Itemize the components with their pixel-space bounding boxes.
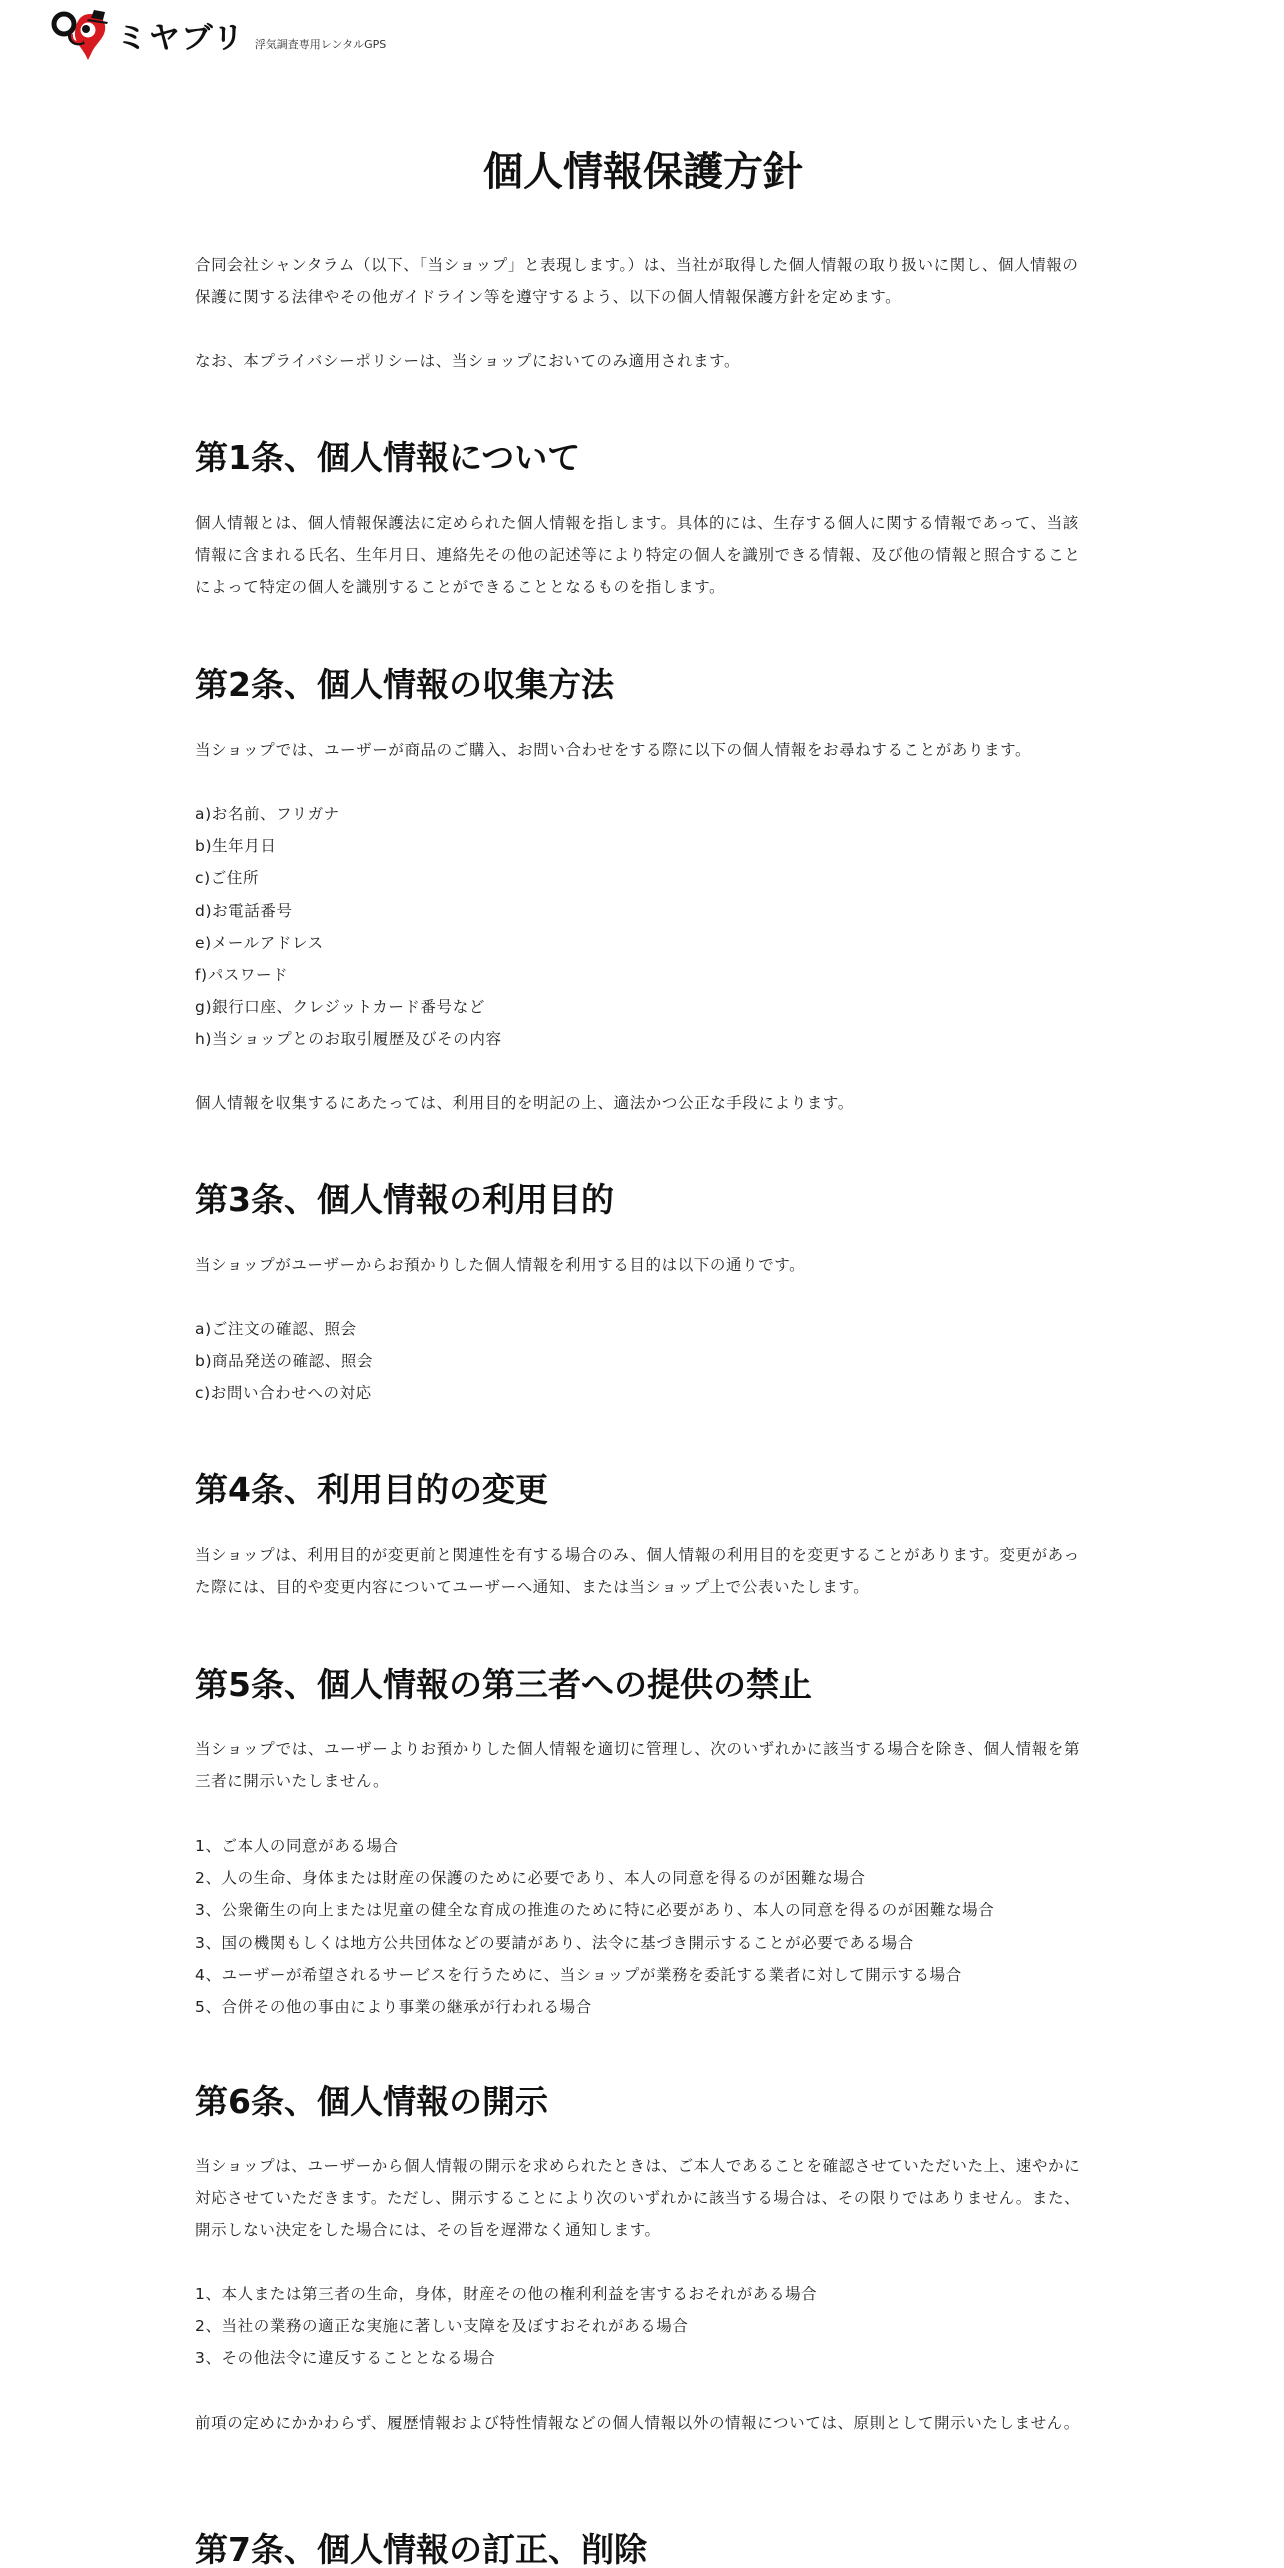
section-heading: 第6条、個人情報の開示 bbox=[195, 2080, 1091, 2124]
section-5: 第5条、個人情報の第三者への提供の禁止 bbox=[195, 1663, 1091, 1707]
section-paragraph: 個人情報を収集するにあたっては、利用目的を明記の上、適法かつ公正な手段によります… bbox=[195, 1087, 1091, 1119]
section-heading: 第7条、個人情報の訂正、削除 bbox=[195, 2528, 1091, 2568]
collected-info-list: a)お名前、フリガナ b)生年月日 c)ご住所 d)お電話番号 e)メールアドレ… bbox=[195, 798, 1091, 1056]
list-item: c)ご住所 bbox=[195, 862, 1091, 894]
list-item: 2、人の生命、身体または財産の保護のために必要であり、本人の同意を得るのが困難な… bbox=[195, 1862, 1091, 1894]
site-header: ミヤブリ 浮気調査専用レンタルGPS bbox=[0, 0, 1284, 70]
intro-paragraph-1-block: 合同会社シャンタラム（以下、「当ショップ」と表現します。）は、当社が取得した個人… bbox=[195, 249, 1091, 313]
logo-detective-pin-icon bbox=[50, 8, 112, 60]
section-1: 第1条、個人情報について bbox=[195, 436, 1091, 480]
section-5-body: 当ショップでは、ユーザーよりお預かりした個人情報を適切に管理し、次のいずれかに該… bbox=[195, 1733, 1091, 1797]
section-heading: 第2条、個人情報の収集方法 bbox=[195, 663, 1091, 707]
section-heading: 第3条、個人情報の利用目的 bbox=[195, 1178, 1091, 1222]
list-item: h)当ショップとのお取引履歴及びその内容 bbox=[195, 1023, 1091, 1055]
intro-paragraph: 合同会社シャンタラム（以下、「当ショップ」と表現します。）は、当社が取得した個人… bbox=[195, 249, 1091, 313]
list-item: 1、ご本人の同意がある場合 bbox=[195, 1830, 1091, 1862]
list-item: c)お問い合わせへの対応 bbox=[195, 1377, 1091, 1409]
purpose-list: a)ご注文の確認、照会 b)商品発送の確認、照会 c)お問い合わせへの対応 bbox=[195, 1313, 1091, 1410]
section-2: 第2条、個人情報の収集方法 bbox=[195, 663, 1091, 707]
section-6: 第6条、個人情報の開示 bbox=[195, 2080, 1091, 2124]
intro-paragraph-2-block: なお、本プライバシーポリシーは、当ショップにおいてのみ適用されます。 bbox=[195, 345, 1091, 377]
section-3-list: a)ご注文の確認、照会 b)商品発送の確認、照会 c)お問い合わせへの対応 bbox=[195, 1313, 1091, 1410]
section-7: 第7条、個人情報の訂正、削除 bbox=[195, 2528, 1091, 2568]
page-title: 個人情報保護方針 bbox=[195, 146, 1091, 198]
section-paragraph: 個人情報とは、個人情報保護法に定められた個人情報を指します。具体的には、生存する… bbox=[195, 507, 1091, 603]
section-heading: 第4条、利用目的の変更 bbox=[195, 1468, 1091, 1512]
section-paragraph: 当ショップは、ユーザーから個人情報の開示を求められたときは、ご本人であることを確… bbox=[195, 2150, 1091, 2246]
list-item: 3、その他法令に違反することとなる場合 bbox=[195, 2342, 1091, 2374]
list-item: 2、当社の業務の適正な実施に著しい支障を及ぼすおそれがある場合 bbox=[195, 2310, 1091, 2342]
section-heading: 第1条、個人情報について bbox=[195, 436, 1091, 480]
section-paragraph: 前項の定めにかかわらず、履歴情報および特性情報などの個人情報以外の情報については… bbox=[195, 2407, 1091, 2439]
section-2-body: 当ショップでは、ユーザーが商品のご購入、お問い合わせをする際に以下の個人情報をお… bbox=[195, 734, 1091, 766]
list-item: d)お電話番号 bbox=[195, 895, 1091, 927]
section-2-after: 個人情報を収集するにあたっては、利用目的を明記の上、適法かつ公正な手段によります… bbox=[195, 1087, 1091, 1119]
list-item: a)お名前、フリガナ bbox=[195, 798, 1091, 830]
third-party-exception-list: 1、ご本人の同意がある場合 2、人の生命、身体または財産の保護のために必要であり… bbox=[195, 1830, 1091, 2023]
section-6-list: 1、本人または第三者の生命，身体，財産その他の権利利益を害するおそれがある場合 … bbox=[195, 2278, 1091, 2375]
list-item: g)銀行口座、クレジットカード番号など bbox=[195, 991, 1091, 1023]
section-3: 第3条、個人情報の利用目的 bbox=[195, 1178, 1091, 1222]
logo-wordmark: ミヤブリ bbox=[116, 24, 245, 54]
list-item: a)ご注文の確認、照会 bbox=[195, 1313, 1091, 1345]
section-paragraph: 当ショップでは、ユーザーよりお預かりした個人情報を適切に管理し、次のいずれかに該… bbox=[195, 1733, 1091, 1797]
disclosure-exception-list: 1、本人または第三者の生命，身体，財産その他の権利利益を害するおそれがある場合 … bbox=[195, 2278, 1091, 2375]
section-paragraph: 当ショップは、利用目的が変更前と関連性を有する場合のみ、個人情報の利用目的を変更… bbox=[195, 1539, 1091, 1603]
section-4: 第4条、利用目的の変更 bbox=[195, 1468, 1091, 1512]
logo-link[interactable]: ミヤブリ 浮気調査専用レンタルGPS bbox=[50, 8, 386, 60]
section-paragraph: 当ショップでは、ユーザーが商品のご購入、お問い合わせをする際に以下の個人情報をお… bbox=[195, 734, 1091, 766]
section-paragraph: 当ショップがユーザーからお預かりした個人情報を利用する目的は以下の通りです。 bbox=[195, 1249, 1091, 1281]
list-item: e)メールアドレス bbox=[195, 927, 1091, 959]
list-item: b)生年月日 bbox=[195, 830, 1091, 862]
list-item: b)商品発送の確認、照会 bbox=[195, 1345, 1091, 1377]
list-item: 3、国の機関もしくは地方公共団体などの要請があり、法令に基づき開示することが必要… bbox=[195, 1927, 1091, 1959]
section-2-list: a)お名前、フリガナ b)生年月日 c)ご住所 d)お電話番号 e)メールアドレ… bbox=[195, 798, 1091, 1056]
list-item: 1、本人または第三者の生命，身体，財産その他の権利利益を害するおそれがある場合 bbox=[195, 2278, 1091, 2310]
list-item: 3、公衆衛生の向上または児童の健全な育成の推進のために特に必要があり、本人の同意… bbox=[195, 1894, 1091, 1926]
section-heading: 第5条、個人情報の第三者への提供の禁止 bbox=[195, 1663, 1091, 1707]
logo-tagline: 浮気調査専用レンタルGPS bbox=[255, 38, 386, 52]
list-item: 5、合併その他の事由により事業の継承が行われる場合 bbox=[195, 1991, 1091, 2023]
intro-paragraph: なお、本プライバシーポリシーは、当ショップにおいてのみ適用されます。 bbox=[195, 345, 1091, 377]
section-1-body: 個人情報とは、個人情報保護法に定められた個人情報を指します。具体的には、生存する… bbox=[195, 507, 1091, 603]
section-6-body: 当ショップは、ユーザーから個人情報の開示を求められたときは、ご本人であることを確… bbox=[195, 2150, 1091, 2246]
list-item: 4、ユーザーが希望されるサービスを行うために、当ショップが業務を委託する業者に対… bbox=[195, 1959, 1091, 1991]
section-6-after: 前項の定めにかかわらず、履歴情報および特性情報などの個人情報以外の情報については… bbox=[195, 2407, 1091, 2439]
section-5-list: 1、ご本人の同意がある場合 2、人の生命、身体または財産の保護のために必要であり… bbox=[195, 1830, 1091, 2023]
section-4-body: 当ショップは、利用目的が変更前と関連性を有する場合のみ、個人情報の利用目的を変更… bbox=[195, 1539, 1091, 1603]
list-item: f)パスワード bbox=[195, 959, 1091, 991]
section-3-body: 当ショップがユーザーからお預かりした個人情報を利用する目的は以下の通りです。 bbox=[195, 1249, 1091, 1281]
